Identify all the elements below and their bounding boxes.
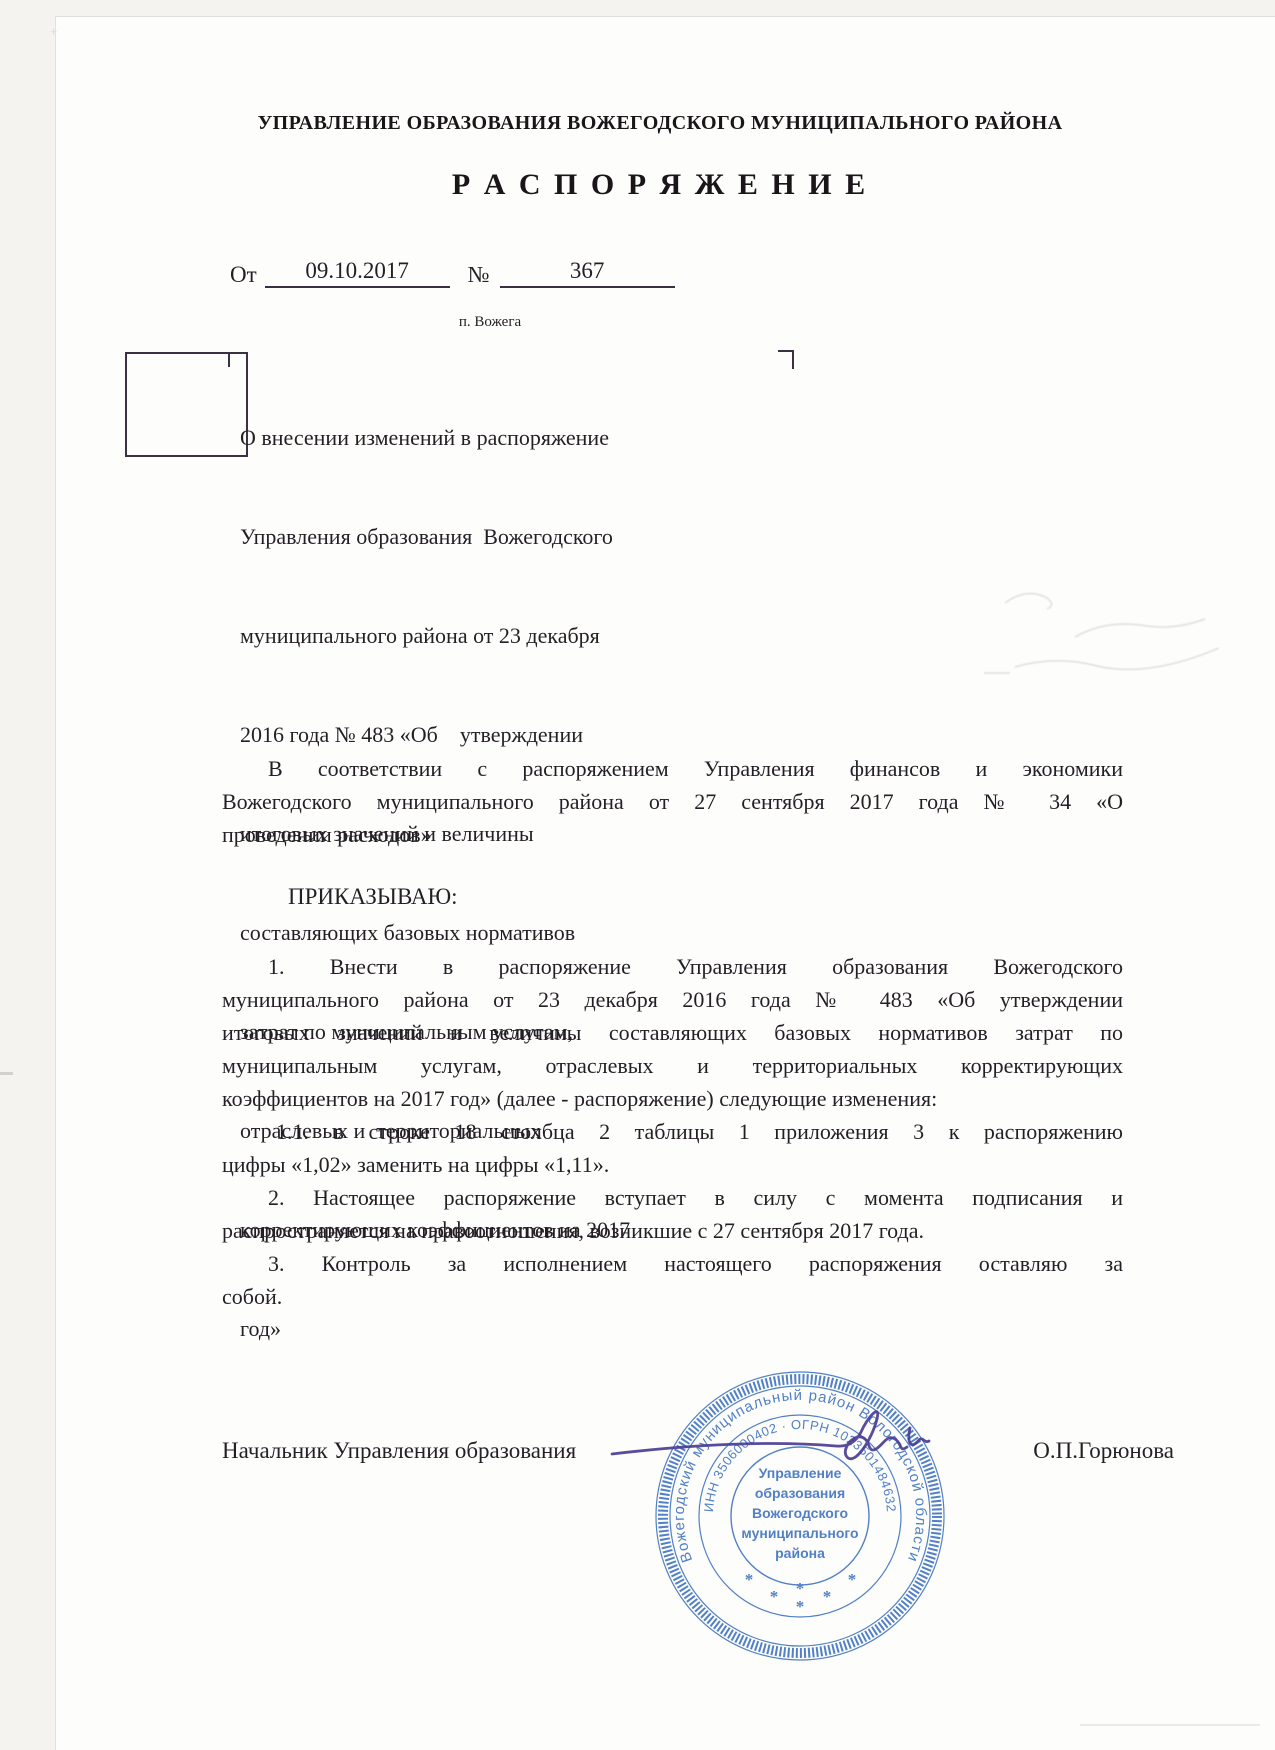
scan-artifact-tick	[0, 1072, 13, 1075]
order-items: 1. Внести в распоряжение Управления обра…	[222, 950, 1123, 1313]
svg-text:*: *	[796, 1597, 805, 1616]
svg-text:*: *	[770, 1587, 779, 1606]
handwritten-signature	[600, 1392, 940, 1502]
item-2-line: распространяется на правоотношения, возн…	[222, 1214, 1123, 1247]
organization-name: УПРАВЛЕНИЕ ОБРАЗОВАНИЯ ВОЖЕГОДСКОГО МУНИ…	[140, 112, 1180, 135]
svg-text:района: района	[775, 1545, 825, 1561]
subject-line: муниципального района от 23 декабря	[240, 619, 785, 652]
subject-line: Управления образования Вожегодского	[240, 520, 785, 553]
date-field: 09.10.2017	[265, 258, 450, 288]
scan-artifact-plus: +	[50, 24, 57, 40]
subject-line: О внесении изменений в распоряжение	[240, 421, 785, 454]
svg-text:*: *	[796, 1579, 805, 1598]
scanned-document-page: { "doc": { "header": "УПРАВЛЕНИЕ ОБРАЗОВ…	[0, 0, 1275, 1750]
svg-text:муниципального: муниципального	[741, 1525, 858, 1541]
item-1-1-line: 1.1. в строке 18 столбца 2 таблицы 1 при…	[222, 1115, 1123, 1148]
item-1-line: итоговых значений и величины составляющи…	[222, 1016, 1123, 1049]
intro-paragraph: В соответствии с распоряжением Управлени…	[222, 752, 1123, 851]
subject-line: год»	[240, 1312, 785, 1345]
item-3-line: 3. Контроль за исполнением настоящего ра…	[222, 1247, 1123, 1280]
intro-line: Вожегодского муниципального района от 27…	[222, 785, 1123, 818]
faint-pencil-note	[980, 545, 1275, 715]
intro-line: В соответствии с распоряжением Управлени…	[222, 752, 1123, 785]
svg-text:*: *	[848, 1570, 857, 1589]
subject-line: 2016 года № 483 «Об утверждении	[240, 718, 785, 751]
signer-position: Начальник Управления образования	[222, 1438, 576, 1464]
subject-line: составляющих базовых нормативов	[240, 916, 785, 949]
svg-text:Вожегодского: Вожегодского	[752, 1505, 848, 1521]
item-3-line: собой.	[222, 1280, 1123, 1313]
item-1-1-line: цифры «1,02» заменить на цифры «1,11».	[222, 1148, 1123, 1181]
number-value: 367	[570, 258, 605, 283]
document-type-title: Р А С П О Р Я Ж Е Н И Е	[140, 168, 1180, 202]
intro-line: проведении расходов»	[222, 818, 1123, 851]
scan-artifact-line	[1080, 1724, 1260, 1726]
date-number-line: От09.10.2017№367	[230, 258, 675, 288]
order-word: ПРИКАЗЫВАЮ:	[222, 884, 1123, 910]
item-1-line: коэффициентов на 2017 год» (далее - расп…	[222, 1082, 1123, 1115]
number-field: 367	[500, 258, 675, 288]
date-value: 09.10.2017	[305, 258, 409, 283]
signer-name: О.П.Горюнова	[1033, 1438, 1174, 1464]
svg-text:*: *	[823, 1587, 832, 1606]
item-2-line: 2. Настоящее распоряжение вступает в сил…	[222, 1181, 1123, 1214]
item-1-line: 1. Внести в распоряжение Управления обра…	[222, 950, 1123, 983]
date-label: От	[230, 262, 257, 288]
item-1-line: муниципальным услугам, отраслевых и терр…	[222, 1049, 1123, 1082]
registration-stamp-box	[125, 352, 248, 457]
item-1-line: муниципального района от 23 декабря 2016…	[222, 983, 1123, 1016]
place-name: п. Вожега	[140, 314, 840, 331]
svg-text:*: *	[745, 1570, 754, 1589]
number-label: №	[468, 262, 490, 288]
